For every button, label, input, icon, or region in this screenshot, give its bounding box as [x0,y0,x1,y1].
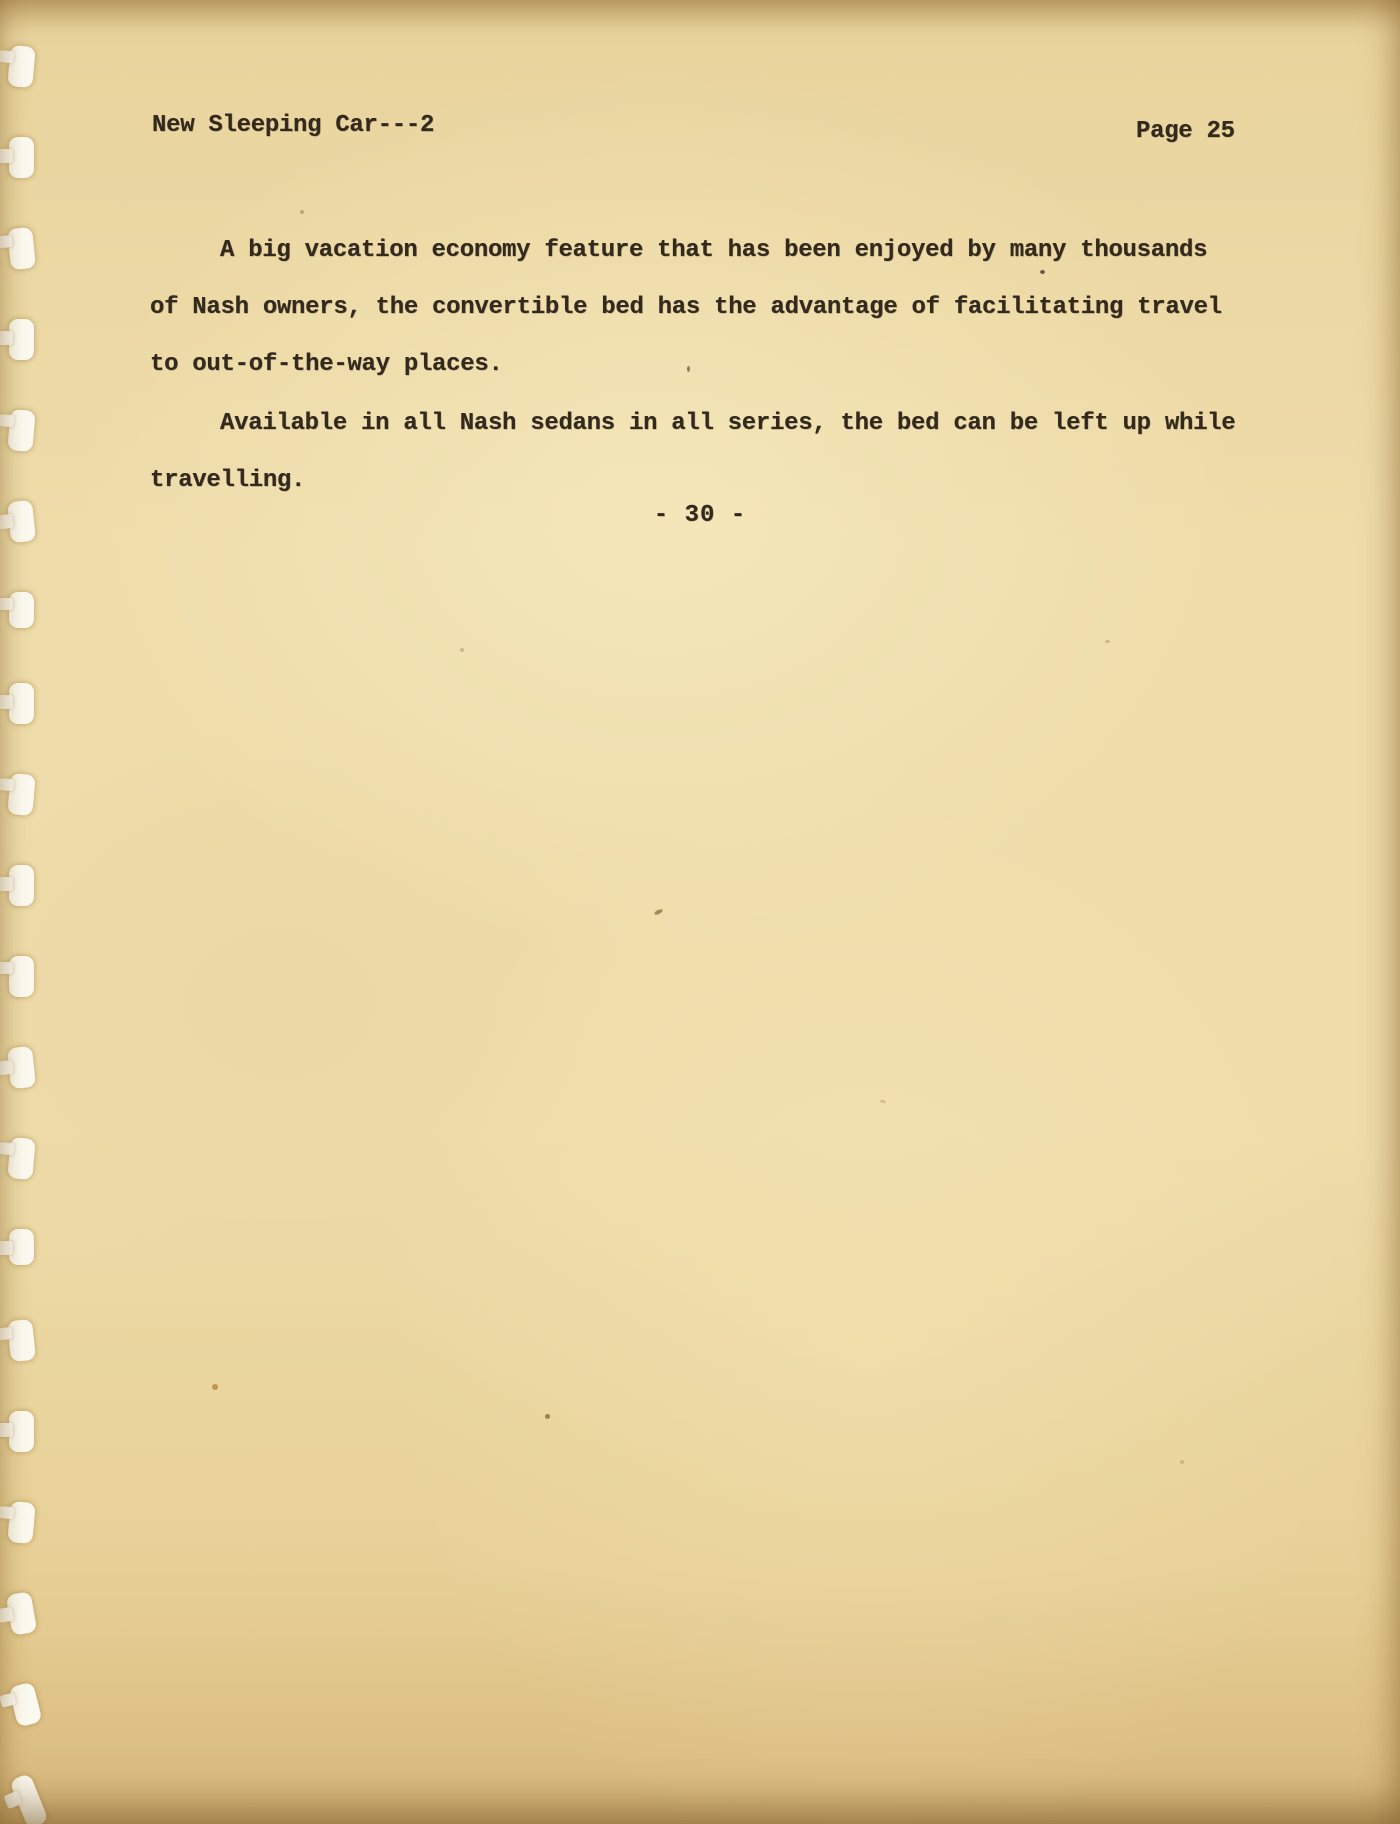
binding-hole-icon [8,1682,42,1728]
binding-hole-icon [9,592,34,628]
binding-hole-icon [7,1319,36,1362]
body-line: of Nash owners, the convertible bed has … [150,294,1222,322]
paper-speck [545,1414,550,1419]
binding-hole-icon [9,956,34,997]
binding-hole-icon [7,1501,35,1544]
body-line: travelling. [150,467,305,495]
body-line: A big vacation economy feature that has … [220,237,1207,265]
binding-holes [0,0,64,1824]
binding-hole-icon [9,683,34,724]
paper-speck [212,1384,218,1390]
end-mark: - 30 - [0,502,1400,530]
binding-hole-icon [9,1411,34,1452]
paper-speck [1040,270,1045,274]
binding-hole-icon [7,1137,35,1180]
binding-hole-icon [9,1773,49,1824]
binding-hole-icon [7,227,36,270]
paper-speck [300,210,304,214]
paper-speck [687,366,690,372]
page-number: Page 25 [1136,118,1235,146]
binding-hole-icon [9,865,34,906]
binding-hole-icon [9,1229,34,1265]
paper-speck [880,1099,887,1103]
binding-hole-icon [7,1046,36,1089]
paper-speck [460,648,464,652]
binding-hole-icon [9,319,34,360]
body-line: to out-of-the-way places. [150,351,503,379]
binding-hole-icon [9,137,34,178]
binding-hole-icon [7,773,35,816]
body-line: Available in all Nash sedans in all seri… [220,410,1235,438]
paper-speck [1105,640,1110,643]
document-page: New Sleeping Car---2 Page 25 A big vacat… [0,0,1400,1824]
paper-speck [1180,1460,1184,1464]
binding-hole-icon [7,45,35,88]
binding-hole-icon [7,409,35,452]
binding-hole-icon [6,1591,38,1636]
header-title: New Sleeping Car---2 [152,112,434,140]
paper-speck [654,908,664,915]
